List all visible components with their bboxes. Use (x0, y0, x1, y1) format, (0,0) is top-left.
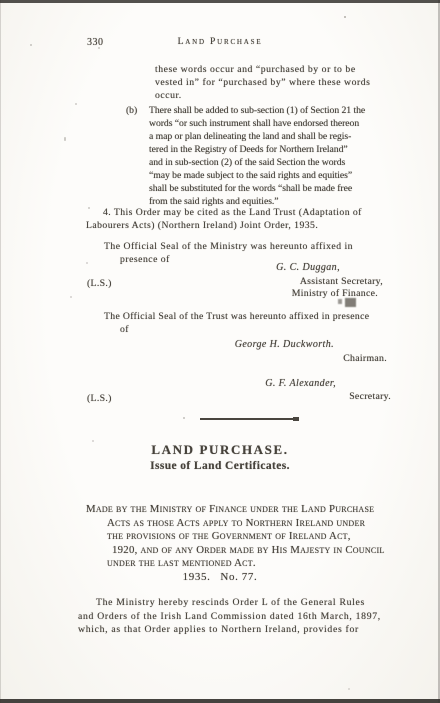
text-line: 1920, and of any Order made by His Majes… (86, 544, 385, 558)
text-line: 4. This Order may be cited as the Land T… (86, 206, 362, 219)
text-line: There shall be added to sub-section (1) … (149, 104, 365, 117)
page-content: 330 Land Purchase these words occur and … (0, 0, 440, 703)
continuation-paragraph: these words occur and “purchased by or t… (155, 63, 371, 102)
text-line: these words occur and “purchased by or t… (155, 63, 371, 76)
text-line: Labourers Acts) (Northern Ireland) Joint… (86, 219, 362, 232)
text-line: “may be made subject to the said rights … (149, 169, 365, 182)
clause-b-marker: (b) (126, 104, 137, 117)
seal-ls: (L.S.) (87, 278, 112, 289)
rescind-paragraph: The Ministry hereby rescinds Order L of … (78, 596, 381, 637)
seal-ls: (L.S.) (87, 393, 112, 404)
text-line: under the last mentioned Act. (86, 557, 385, 571)
order-date: 1935. (183, 571, 211, 583)
signature-duggan: G. C. Duggan, (276, 262, 340, 273)
ink-smudge (338, 298, 358, 309)
text-line: a map or plan delineating the land and s… (149, 130, 365, 143)
title-chairman: Chairman. (343, 353, 387, 364)
text-line: occur. (155, 89, 371, 102)
text-line: of (104, 323, 369, 336)
ink-smudge-blob (345, 298, 356, 307)
ink-smudge-blob (338, 299, 342, 304)
text-line: The Official Seal of the Trust was hereu… (104, 310, 369, 323)
running-title: Land Purchase (0, 36, 440, 47)
title-assistant-secretary: Assistant Secretary, (300, 276, 383, 287)
text-line: the provisions of the Government of Irel… (86, 530, 385, 544)
document-page: 330 Land Purchase these words occur and … (0, 0, 440, 703)
section-subheading: Issue of Land Certificates. (0, 460, 440, 472)
text-line: vested in” for “purchased by” where thes… (155, 76, 371, 89)
clause-4-paragraph: 4. This Order may be cited as the Land T… (86, 206, 362, 232)
title-ministry-of-finance: Ministry of Finance. (292, 288, 378, 299)
text-line: Made by the Ministry of Finance under th… (86, 503, 385, 517)
text-line: and Orders of the Irish Land Commission … (78, 610, 381, 624)
clause-b-lines: There shall be added to sub-section (1) … (149, 104, 365, 208)
section-divider (200, 418, 297, 420)
trust-seal-paragraph: The Official Seal of the Trust was hereu… (104, 310, 369, 336)
text-line: and in sub-section (2) of the said Secti… (149, 156, 365, 169)
text-line: which, as that Order applies to Northern… (78, 623, 381, 637)
text-line: The Ministry hereby rescinds Order L of … (78, 596, 381, 610)
text-line: The Official Seal of the Ministry was he… (104, 240, 353, 253)
text-line: words “or such instrument shall have end… (149, 117, 365, 130)
section-heading: LAND PURCHASE. (0, 442, 440, 458)
text-line: tered in the Registry of Deeds for North… (149, 143, 365, 156)
text-line: shall be substituted for the words “shal… (149, 182, 365, 195)
signature-alexander: G. F. Alexander, (265, 378, 336, 389)
order-number-line: 1935.No. 77. (0, 571, 440, 583)
signature-duckworth: George H. Duckworth. (235, 339, 334, 350)
order-number: No. 77. (220, 571, 257, 583)
title-secretary: Secretary. (349, 391, 391, 402)
made-by-paragraph: Made by the Ministry of Finance under th… (86, 503, 385, 571)
clause-b-paragraph: (b) There shall be added to sub-section … (149, 104, 365, 208)
text-line: Acts as those Acts apply to Northern Ire… (86, 517, 385, 531)
